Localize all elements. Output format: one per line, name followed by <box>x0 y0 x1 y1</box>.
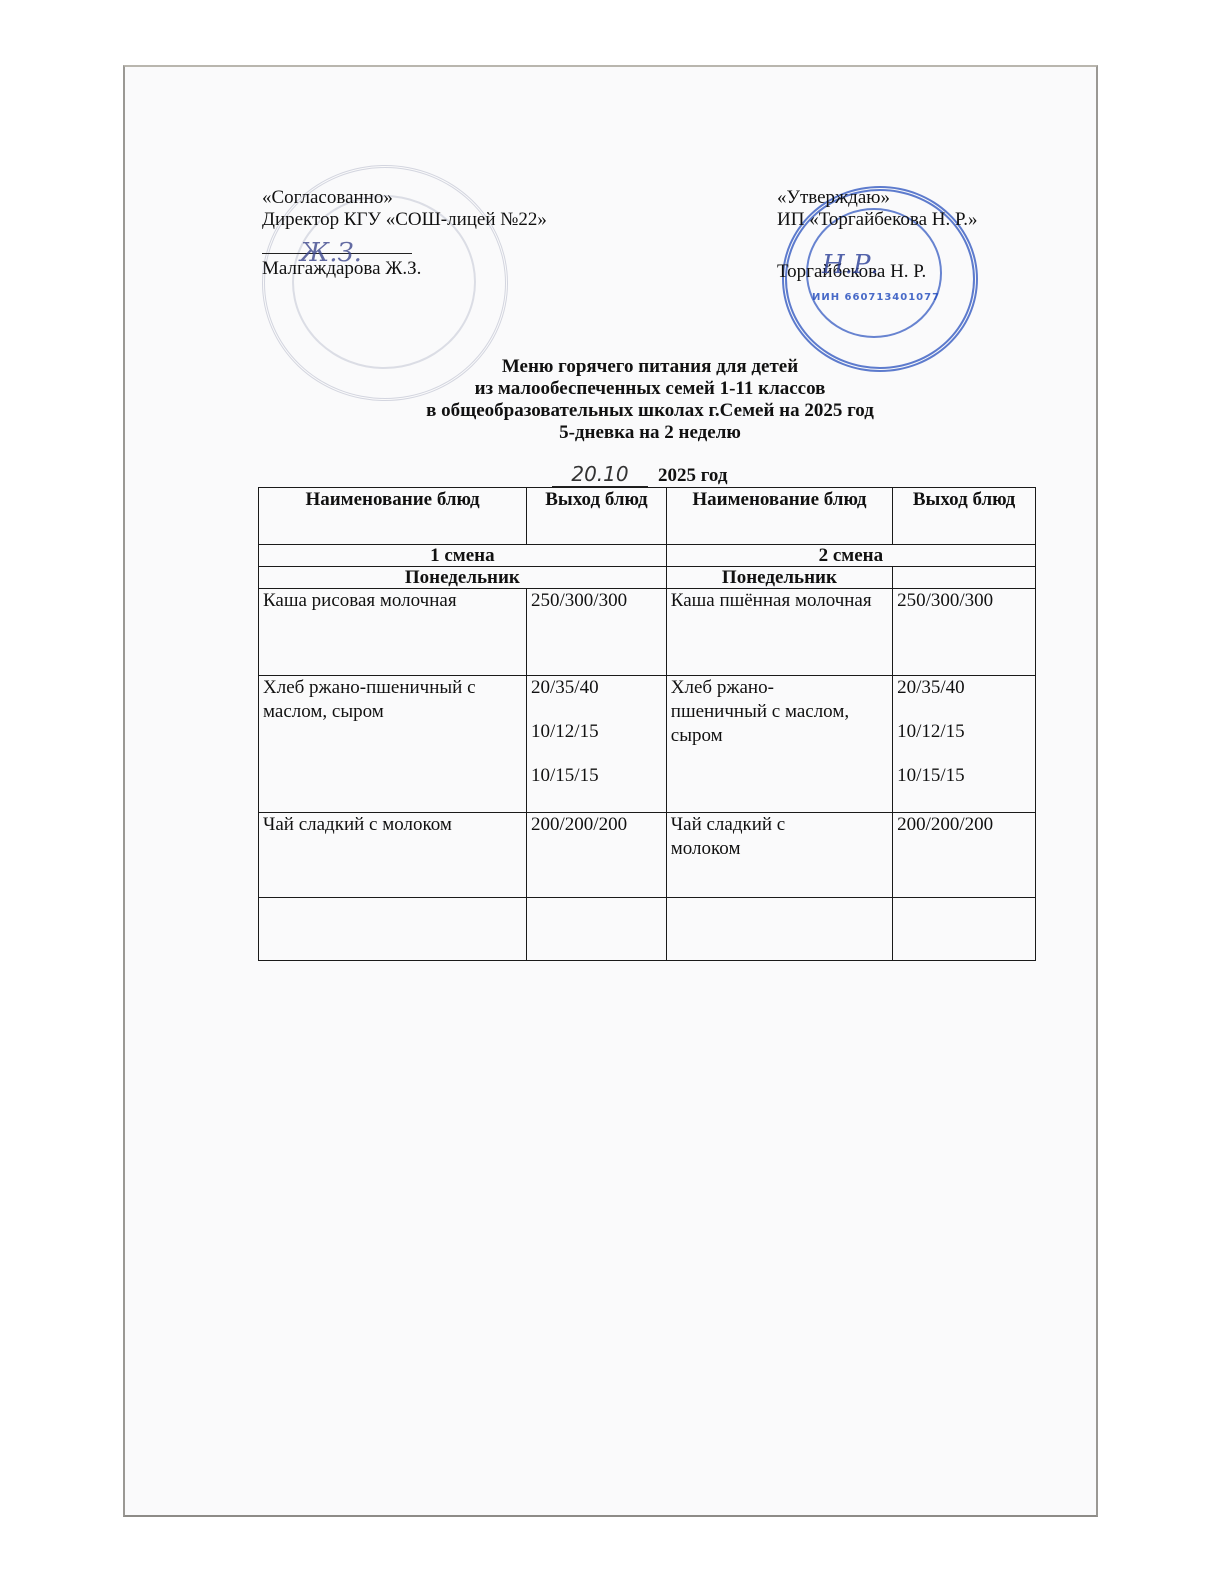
dish-name: Чай сладкий с молоком <box>671 814 785 859</box>
menu-table: Наименование блюд Выход блюд Наименовани… <box>258 487 1036 961</box>
document-date: 20.102025 год <box>552 462 727 487</box>
yield-cell: 200/200/200 <box>527 813 667 898</box>
yield-value: 20/35/40 <box>531 676 662 700</box>
yield-value: 10/12/15 <box>897 720 1031 744</box>
stamp-iin-text: ИИН 660713401077 <box>806 292 946 303</box>
date-handwritten: 20.10 <box>552 462 648 487</box>
yield-value: 10/12/15 <box>531 720 662 744</box>
dish-cell: Хлеб ржано-пшеничный с маслом, сыром <box>259 676 527 813</box>
dish-cell: Чай сладкий с молоком <box>666 813 892 898</box>
dish-cell <box>666 898 892 961</box>
yield-cell <box>527 898 667 961</box>
yield-value: 10/15/15 <box>531 764 662 788</box>
day-1-label: Понедельник <box>259 567 667 589</box>
yield-value: 20/35/40 <box>897 676 1031 700</box>
shift-2-label: 2 смена <box>666 545 1035 567</box>
approval-right-heading: «Утверждаю» <box>777 187 977 209</box>
title-line-3: в общеобразовательных школах г.Семей на … <box>300 400 1000 422</box>
day-row: Понедельник Понедельник <box>259 567 1036 589</box>
dish-cell: Хлеб ржано-пшеничный с маслом, сыром <box>666 676 892 813</box>
dish-cell: Каша пшённая молочная <box>666 589 892 676</box>
yield-value: 200/200/200 <box>897 813 1031 837</box>
dish-name: Хлеб ржано-пшеничный с маслом, сыром <box>671 677 849 746</box>
title-line-1: Меню горячего питания для детей <box>300 356 1000 378</box>
table-row: Чай сладкий с молоком 200/200/200 Чай сл… <box>259 813 1036 898</box>
yield-cell: 250/300/300 <box>893 589 1036 676</box>
approval-right-position: ИП «Торгайбекова Н. Р.» <box>777 209 977 231</box>
yield-value: 250/300/300 <box>531 589 662 613</box>
document-title: Меню горячего питания для детей из малоо… <box>300 356 1000 444</box>
table-row-empty <box>259 898 1036 961</box>
title-line-2: из малообеспеченных семей 1-11 классов <box>300 378 1000 400</box>
approval-left-heading: «Согласованно» <box>262 187 547 209</box>
table-row: Хлеб ржано-пшеничный с маслом, сыром 20/… <box>259 676 1036 813</box>
dish-cell: Чай сладкий с молоком <box>259 813 527 898</box>
yield-cell: 200/200/200 <box>893 813 1036 898</box>
header-dish-name-2: Наименование блюд <box>666 488 892 545</box>
yield-value: 250/300/300 <box>897 589 1031 613</box>
signature-right: Н.Р. <box>822 250 879 280</box>
yield-cell: 250/300/300 <box>527 589 667 676</box>
yield-cell: 20/35/40 10/12/15 10/15/15 <box>527 676 667 813</box>
header-dish-name-1: Наименование блюд <box>259 488 527 545</box>
yield-cell: 20/35/40 10/12/15 10/15/15 <box>893 676 1036 813</box>
day-2-empty-cell <box>893 567 1036 589</box>
shift-row: 1 смена 2 смена <box>259 545 1036 567</box>
yield-value: 200/200/200 <box>531 813 662 837</box>
yield-cell <box>893 898 1036 961</box>
approval-left-position: Директор КГУ «СОШ-лицей №22» <box>262 209 547 231</box>
shift-1-label: 1 смена <box>259 545 667 567</box>
title-line-4: 5-дневка на 2 неделю <box>300 422 1000 444</box>
dish-name: Хлеб ржано-пшеничный с маслом, сыром <box>263 677 476 722</box>
table-row: Каша рисовая молочная 250/300/300 Каша п… <box>259 589 1036 676</box>
signature-left: Ж.З. <box>300 238 362 268</box>
dish-cell: Каша рисовая молочная <box>259 589 527 676</box>
yield-value: 10/15/15 <box>897 764 1031 788</box>
day-2-label: Понедельник <box>666 567 892 589</box>
header-yield-2: Выход блюд <box>893 488 1036 545</box>
table-header-row: Наименование блюд Выход блюд Наименовани… <box>259 488 1036 545</box>
header-yield-1: Выход блюд <box>527 488 667 545</box>
dish-cell <box>259 898 527 961</box>
date-suffix: 2025 год <box>658 465 727 486</box>
